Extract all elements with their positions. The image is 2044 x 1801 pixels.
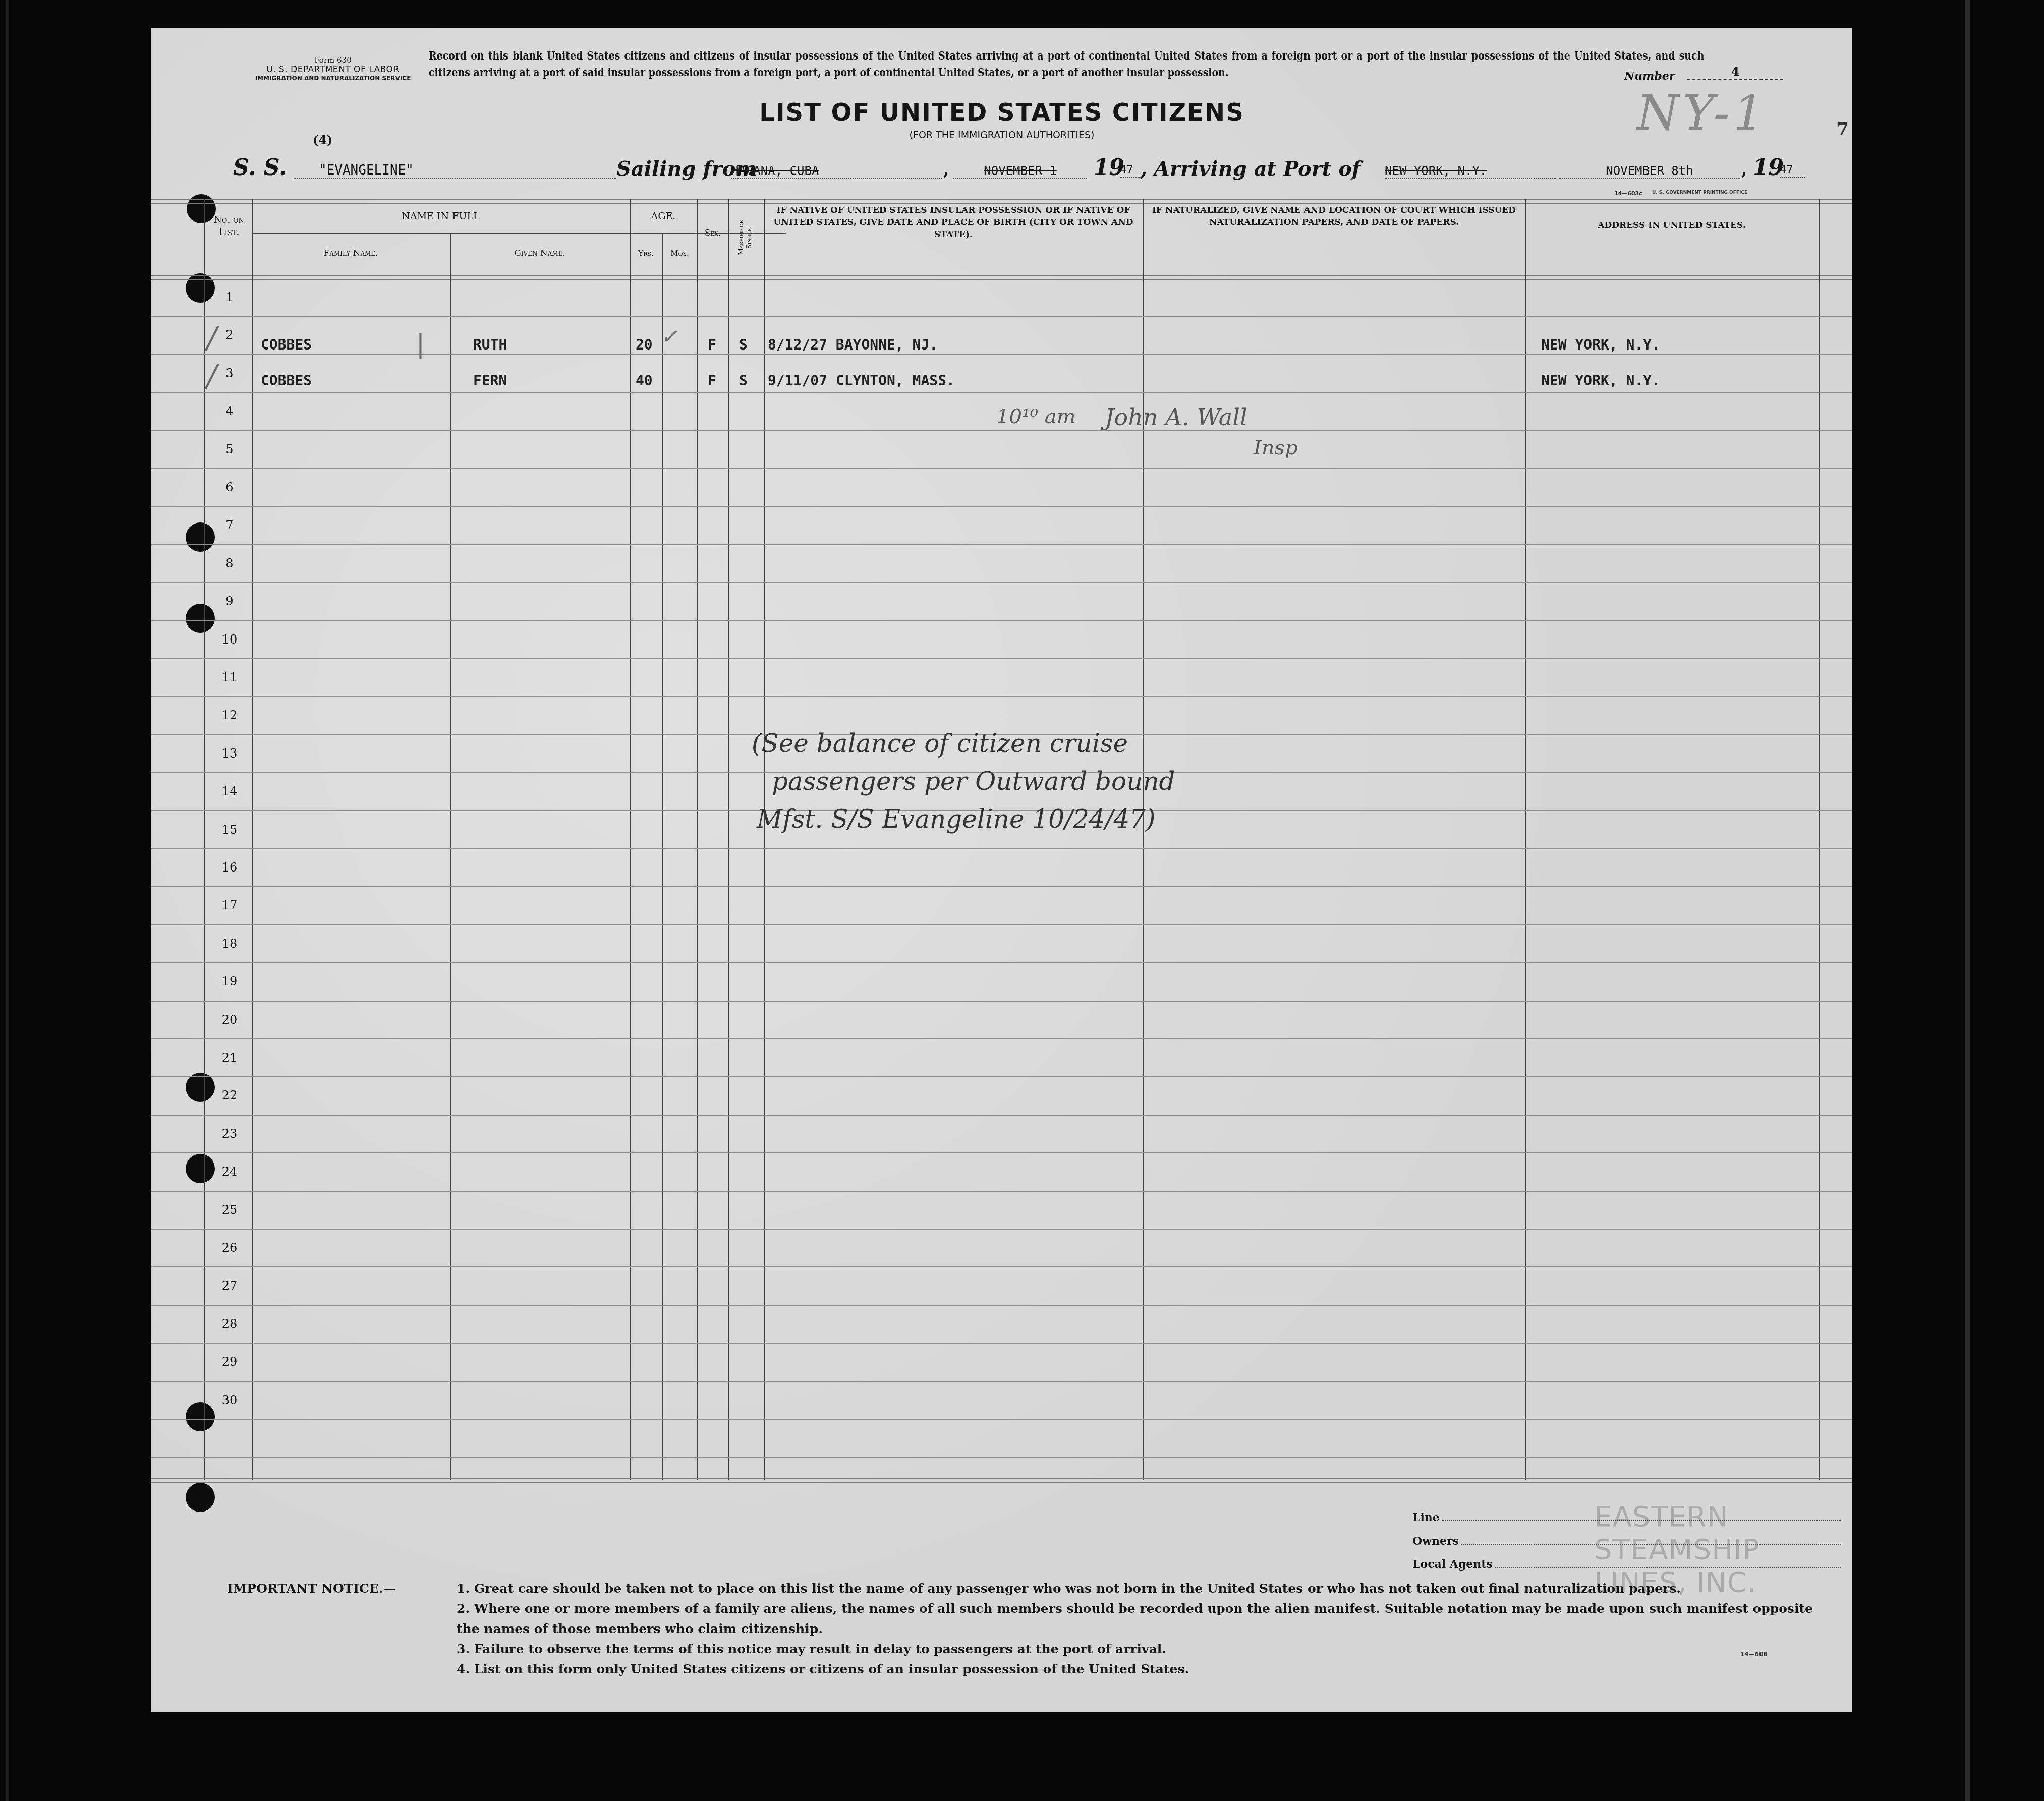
col-line: [204, 199, 205, 1480]
notice-item-2: 2. Where one or more members of a family…: [457, 1599, 1839, 1639]
arrival-year: 47: [1780, 164, 1805, 178]
row-rule: [151, 1115, 1852, 1116]
row-rule: [151, 506, 1852, 507]
tick-mark-icon: /: [207, 320, 217, 356]
inspector-time: 10¹⁰ am: [996, 405, 1075, 428]
list-number: 4: [1687, 64, 1783, 80]
print-code-bottom: 14—608: [1740, 1651, 1768, 1658]
arriving-label: , Arriving at Port of: [1140, 157, 1360, 181]
row-1-age-yrs: 20: [636, 336, 653, 353]
row-2-address: NEW YORK, N.Y.: [1541, 372, 1660, 389]
row-rule: [151, 582, 1852, 583]
row-number: 13: [206, 746, 253, 761]
row-rule: [151, 1457, 1852, 1458]
row-number: 12: [206, 708, 253, 722]
table-bottom-rule: [151, 1478, 1852, 1483]
arrival-port: NEW YORK, N.Y.: [1385, 164, 1556, 179]
comma: ,: [943, 160, 949, 179]
col-line: [728, 199, 729, 1480]
row-number: 10: [206, 632, 253, 647]
row-1-birth: 8/12/27 BAYONNE, NJ.: [768, 336, 938, 353]
row-number: 23: [206, 1127, 253, 1141]
tick-mark-icon: |: [416, 329, 425, 359]
header-name-in-full: NAME IN FULL: [252, 210, 630, 222]
row-2-sex: F: [708, 372, 716, 389]
tick-mark-icon: /: [207, 358, 217, 393]
row-number: 14: [206, 784, 253, 798]
col-line: [1143, 199, 1144, 1480]
owners-label: Owners: [1412, 1535, 1459, 1548]
notice-item-1: 1. Great care should be taken not to pla…: [457, 1579, 1839, 1599]
row-number: 21: [206, 1051, 253, 1065]
notice-item-3: 3. Failure to observe the terms of this …: [457, 1639, 1839, 1659]
row-rule: [151, 1381, 1852, 1382]
inspector-signature: John A. Wall: [1105, 403, 1247, 431]
row-rule: [151, 316, 1852, 317]
row-rule: [151, 1076, 1852, 1077]
departure-date: NOVEMBER 1: [953, 164, 1087, 179]
row-rule: [151, 1229, 1852, 1230]
row-rule: [151, 1191, 1852, 1192]
row-number: 9: [206, 594, 253, 608]
page-title: LIST OF UNITED STATES CITIZENS: [151, 98, 1852, 127]
row-number: 1: [206, 290, 253, 304]
row-rule: [151, 658, 1852, 659]
cruise-note-line-2: passengers per Outward bound: [772, 767, 1175, 796]
row-rule: [151, 848, 1852, 849]
header-yrs: Yrs.: [630, 247, 662, 259]
header-mos: Mos.: [662, 247, 697, 259]
row-number: 4: [206, 404, 253, 418]
table-top-rule: [151, 199, 1852, 204]
row-rule: [151, 696, 1852, 697]
row-2-birth: 9/11/07 CLYNTON, MASS.: [768, 372, 955, 389]
row-1-family-name: COBBES: [261, 336, 312, 353]
form-instructions: Record on this blank United States citiz…: [429, 48, 1704, 81]
row-rule: [151, 1305, 1852, 1306]
col-line: [450, 234, 451, 1480]
col-line: [1819, 199, 1820, 1480]
row-number: 17: [206, 898, 253, 912]
row-rule: [151, 430, 1852, 431]
print-code: 14—603c: [1614, 190, 1642, 197]
row-rule: [151, 1038, 1852, 1039]
citizens-table: No. on List. NAME IN FULL Family Name. G…: [151, 199, 1852, 1480]
row-rule: [151, 1419, 1852, 1420]
row-number: 25: [206, 1203, 253, 1217]
page-subtitle: (FOR THE IMMIGRATION AUTHORITIES): [151, 130, 1852, 141]
row-2-family-name: COBBES: [261, 372, 312, 389]
col-line: [630, 199, 631, 1480]
notice-items: 1. Great care should be taken not to pla…: [457, 1579, 1839, 1679]
header-married-or-single: Married or Single.: [737, 212, 754, 263]
row-number: 26: [206, 1241, 253, 1255]
row-number: 29: [206, 1355, 253, 1369]
row-rule: [151, 354, 1852, 355]
owners-field: Owners: [1412, 1532, 1841, 1548]
row-number: 18: [206, 937, 253, 951]
notice-item-4: 4. List on this form only United States …: [457, 1659, 1839, 1679]
col-line: [1525, 199, 1526, 1480]
row-rule: [151, 468, 1852, 469]
department-name: U. S. DEPARTMENT OF LABOR: [212, 65, 454, 75]
row-1-given-name: RUTH: [473, 336, 507, 353]
header-family-name: Family Name.: [252, 247, 450, 259]
row-number: 28: [206, 1317, 253, 1331]
col-line: [764, 199, 765, 1480]
cruise-note-line-3: Mfst. S/S Evangeline 10/24/47): [757, 804, 1156, 834]
row-rule: [151, 544, 1852, 545]
row-2-age-yrs: 40: [636, 372, 653, 389]
header-address: ADDRESS IN UNITED STATES.: [1530, 219, 1813, 231]
line-label: Line: [1412, 1511, 1440, 1524]
service-name: IMMIGRATION AND NATURALIZATION SERVICE: [212, 75, 454, 82]
header-no-on-list: No. on List.: [207, 214, 251, 239]
header-age: AGE.: [630, 210, 697, 222]
row-number: 16: [206, 860, 253, 875]
printer-note: U. S. GOVERNMENT PRINTING OFFICE: [1652, 190, 1747, 195]
header-sex: Sex.: [697, 227, 728, 239]
sailing-from-port: HAVANA, CUBA: [731, 164, 942, 179]
cruise-note-line-1: (See balance of citizen cruise: [752, 729, 1128, 758]
row-rule: [151, 924, 1852, 925]
manifest-page: Form 630 U. S. DEPARTMENT OF LABOR IMMIG…: [151, 28, 1852, 1712]
row-number: 19: [206, 974, 253, 989]
header-given-name: Given Name.: [450, 247, 630, 259]
col-line: [697, 199, 698, 1480]
notice-lead: IMPORTANT NOTICE.—: [227, 1579, 396, 1599]
row-number: 24: [206, 1165, 253, 1179]
ss-label: S. S.: [233, 155, 287, 181]
row-2-marital: S: [739, 372, 748, 389]
header-bottom-rule: [151, 275, 1852, 280]
row-number: 20: [206, 1013, 253, 1027]
row-rule: [151, 962, 1852, 963]
row-number: 8: [206, 556, 253, 570]
row-number: 27: [206, 1279, 253, 1293]
scan-edge-streak: [1965, 0, 1970, 1801]
form-number: Form 630: [212, 55, 454, 65]
row-rule: [151, 392, 1852, 393]
arrival-date: NOVEMBER 8th: [1559, 164, 1740, 179]
row-1-marital: S: [739, 336, 748, 353]
header-naturalized: IF NATURALIZED, GIVE NAME AND LOCATION O…: [1148, 204, 1520, 228]
row-number: 30: [206, 1393, 253, 1407]
ship-name: "EVANGELINE": [294, 163, 616, 179]
header-native-birth: IF NATIVE OF UNITED STATES INSULAR POSSE…: [769, 204, 1138, 241]
local-agents-label: Local Agents: [1412, 1558, 1493, 1571]
row-rule: [151, 1001, 1852, 1002]
scan-edge-streak: [6, 0, 9, 1801]
departure-year: 47: [1120, 164, 1140, 178]
row-1-address: NEW YORK, N.Y.: [1541, 336, 1660, 353]
row-1-sex: F: [708, 336, 716, 353]
row-2-given-name: FERN: [473, 372, 507, 389]
row-number: 22: [206, 1088, 253, 1102]
row-rule: [151, 886, 1852, 887]
line-field: Line: [1412, 1508, 1841, 1524]
row-number: 5: [206, 442, 253, 456]
punch-hole-icon: [186, 1483, 215, 1512]
sheet-mark: (4): [313, 133, 332, 147]
row-rule: [151, 1343, 1852, 1344]
check-mark-icon: ✓: [661, 325, 678, 348]
row-rule: [151, 1266, 1852, 1267]
col-line: [662, 234, 663, 1480]
row-number: 7: [206, 518, 253, 532]
row-number: 15: [206, 823, 253, 837]
comma: ,: [1741, 160, 1747, 179]
form-identifier: Form 630 U. S. DEPARTMENT OF LABOR IMMIG…: [212, 55, 454, 82]
local-agents-field: Local Agents: [1412, 1555, 1841, 1571]
row-number: 6: [206, 480, 253, 494]
row-rule: [151, 620, 1852, 621]
row-number: 11: [206, 670, 253, 684]
inspector-title: Insp: [1254, 436, 1298, 459]
number-label: Number: [1624, 70, 1675, 83]
row-rule: [151, 1152, 1852, 1153]
